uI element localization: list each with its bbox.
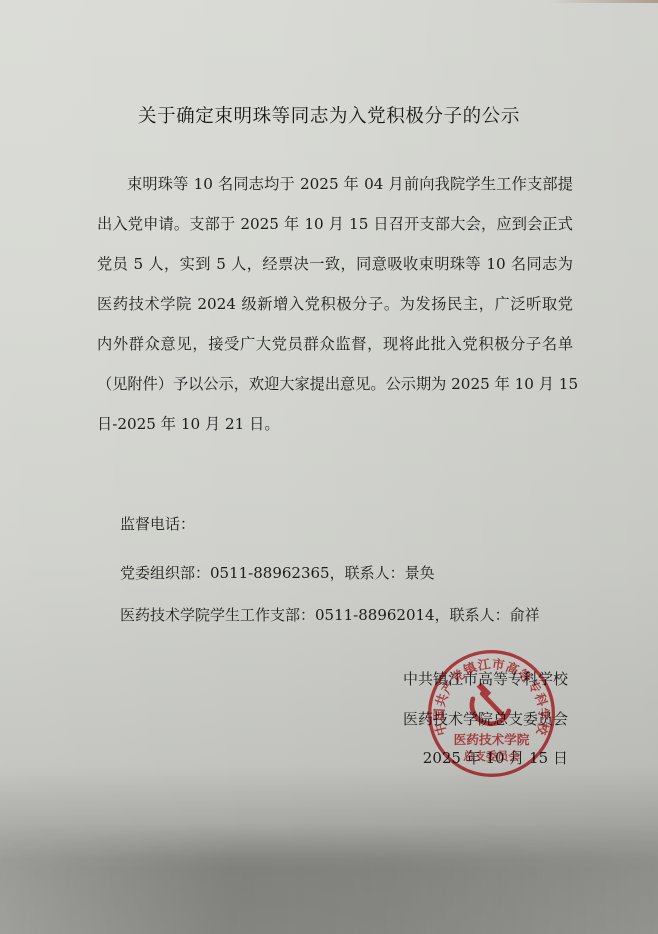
seal-inner-text-2: 总支委员会 bbox=[463, 749, 520, 763]
notice-body: 束明珠等 10 名同志均于 2025 年 04 月前向我院学生工作支部提 出入党… bbox=[97, 164, 573, 444]
body-line: （见附件）予以公示，欢迎大家提出意见。公示期为 2025 年 10 月 15 bbox=[97, 364, 573, 404]
body-line: 内外群众意见，接受广大党员群众监督，现将此批入党积极分子名单 bbox=[97, 324, 573, 364]
hammer-sickle-icon bbox=[472, 694, 509, 724]
body-line: 出入党申请。支部于 2025 年 10 月 15 日召开支部大会，应到会正式 bbox=[97, 204, 573, 244]
seal-inner-text-1: 医药技术学院 bbox=[454, 732, 530, 747]
body-line: 医药技术学院 2024 级新增入党积极分子。为发扬民主，广泛听取党 bbox=[97, 284, 573, 324]
paper-lighting bbox=[0, 0, 658, 934]
contacts-heading: 监督电话： bbox=[120, 513, 195, 534]
body-line: 日-2025 年 10 月 21 日。 bbox=[97, 404, 573, 444]
body-line: 党员 5 人，实到 5 人，经票决一致，同意吸收束明珠等 10 名同志为 bbox=[97, 244, 573, 284]
official-seal-icon: 中国共产党镇江市高等专科学校 医药技术学院 总支委员会 bbox=[425, 647, 558, 780]
contact-party-committee: 党委组织部：0511-88962365，联系人：景奂 bbox=[120, 562, 435, 583]
photo-shadow bbox=[0, 824, 658, 934]
body-line: 束明珠等 10 名同志均于 2025 年 04 月前向我院学生工作支部提 bbox=[97, 164, 573, 204]
paper-top-edge bbox=[548, 0, 658, 3]
contact-student-branch: 医药技术学院学生工作支部：0511-88962014，联系人：俞祥 bbox=[120, 604, 540, 625]
document-title: 关于确定束明珠等同志为入党积极分子的公示 bbox=[0, 102, 658, 128]
